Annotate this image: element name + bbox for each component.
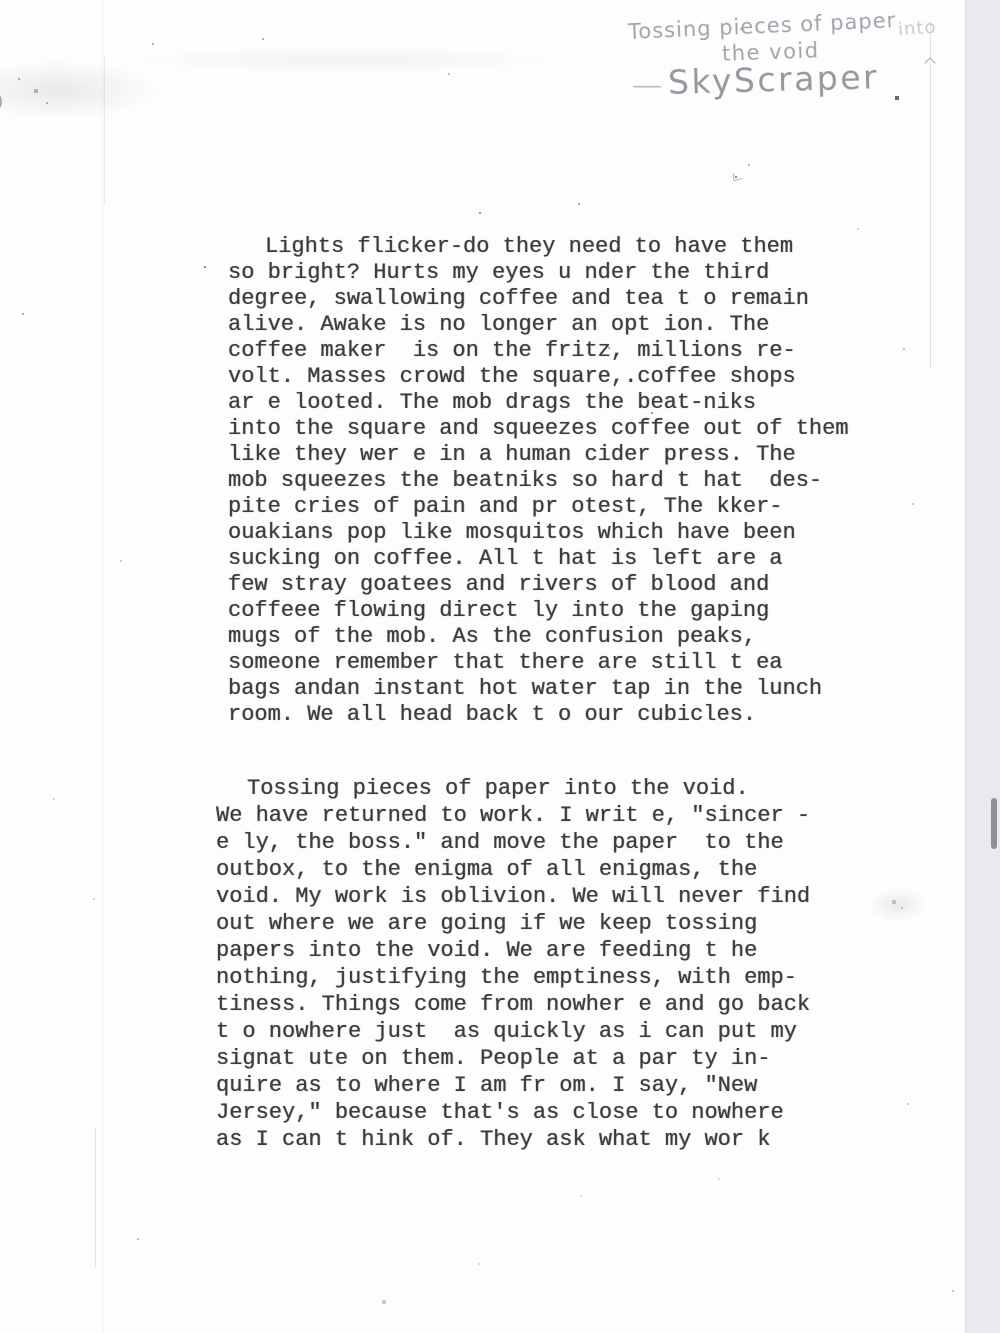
paper-smudge bbox=[0, 60, 160, 120]
paper-specks bbox=[0, 0, 2, 2]
fold-line bbox=[104, 55, 105, 205]
fold-line bbox=[102, 0, 103, 1333]
scrollbar-track[interactable] bbox=[965, 0, 1000, 1333]
handwriting-dash: — bbox=[632, 74, 663, 99]
pencil-arrowhead-icon bbox=[924, 57, 935, 68]
margin-pencil-mark: ) bbox=[0, 93, 5, 113]
pencil-tick-mark bbox=[733, 171, 743, 181]
paper-smudge bbox=[868, 888, 928, 922]
fold-line bbox=[95, 1128, 96, 1268]
pencil-arrow-line bbox=[930, 22, 931, 367]
scanned-document-page: ) Tossing pieces of paper into the void … bbox=[0, 0, 1000, 1333]
handwriting-note-into: into bbox=[897, 17, 937, 41]
handwriting-signature: SkyScraper bbox=[668, 57, 880, 102]
scrollbar-thumb[interactable] bbox=[991, 798, 997, 849]
paper-smudge bbox=[130, 46, 560, 74]
typed-paragraph-1: Lights flicker-do they need to have them… bbox=[228, 234, 849, 728]
typed-paragraph-2: Tossing pieces of paper into the void. W… bbox=[216, 775, 810, 1153]
handwriting-note-line1: Tossing pieces of paper bbox=[628, 8, 897, 44]
